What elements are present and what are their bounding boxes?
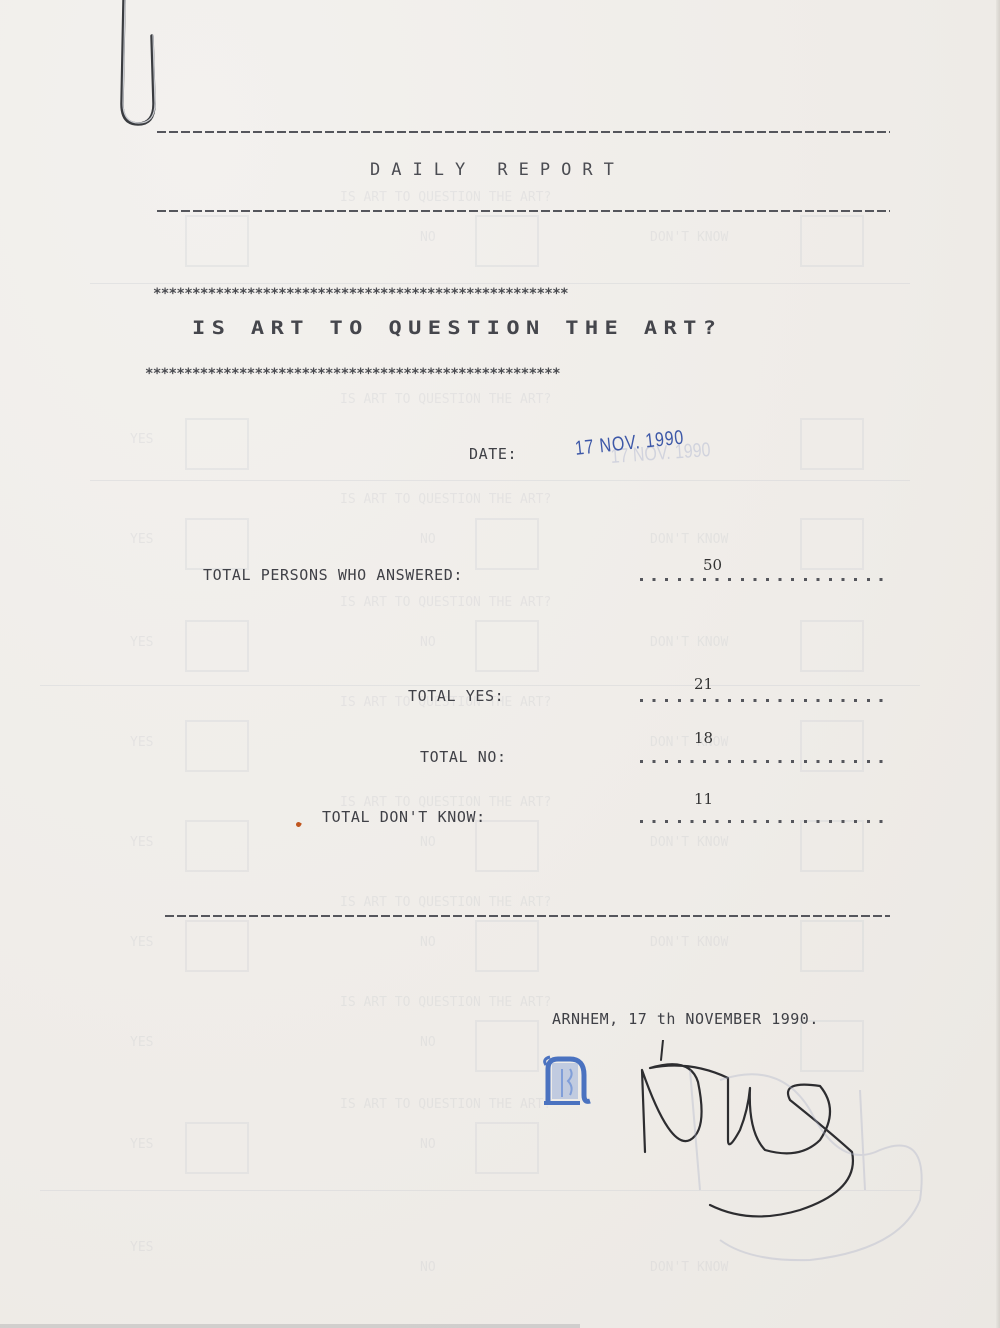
divider-under-title xyxy=(157,210,890,212)
ghost-text: IS ART TO QUESTION THE ART? xyxy=(340,1097,551,1112)
ghost-text: NO xyxy=(420,1035,436,1050)
ghost-text: NO xyxy=(420,1137,436,1152)
ghost-text: YES xyxy=(130,1035,153,1050)
ghost-text: IS ART TO QUESTION THE ART? xyxy=(340,595,551,610)
ghost-text: DON'T KNOW xyxy=(650,635,728,650)
row-label: TOTAL PERSONS WHO ANSWERED: xyxy=(203,566,463,584)
divider-bottom xyxy=(165,915,890,917)
paper-edge-bottom xyxy=(0,1324,580,1328)
ghost-text: DON'T KNOW xyxy=(650,532,728,547)
dotted-line xyxy=(640,578,890,581)
report-title: DAILY REPORT xyxy=(370,160,625,180)
ghost-text: YES xyxy=(130,935,153,950)
ghost-text: DON'T KNOW xyxy=(650,735,728,750)
ghost-text: YES xyxy=(130,1137,153,1152)
dotted-line xyxy=(640,760,890,763)
ghost-text: NO xyxy=(420,230,436,245)
ghost-text: YES xyxy=(130,532,153,547)
ghost-text: YES xyxy=(130,1240,153,1255)
divider-top xyxy=(157,131,890,133)
ghost-text: IS ART TO QUESTION THE ART? xyxy=(340,492,551,507)
row-label: TOTAL NO: xyxy=(420,748,507,766)
monogram-stamp-icon xyxy=(540,1055,592,1111)
row-label: TOTAL DON'T KNOW: xyxy=(322,808,486,826)
date-label: DATE: xyxy=(469,445,517,463)
ghost-text: IS ART TO QUESTION THE ART? xyxy=(340,392,551,407)
ghost-text: IS ART TO QUESTION THE ART? xyxy=(340,190,551,205)
ghost-text: DON'T KNOW xyxy=(650,935,728,950)
ghost-text: NO xyxy=(420,532,436,547)
stars-divider-bottom: ****************************************… xyxy=(145,366,560,382)
survey-question: IS ART TO QUESTION THE ART? xyxy=(192,318,722,339)
row-label: TOTAL YES: xyxy=(408,687,504,705)
ghost-text: YES xyxy=(130,735,153,750)
dotted-line xyxy=(640,820,890,823)
paperclip-icon xyxy=(112,0,158,130)
dotted-line xyxy=(640,699,890,702)
row-value: 18 xyxy=(694,729,713,747)
ghost-text: DON'T KNOW xyxy=(650,230,728,245)
ghost-text: YES xyxy=(130,635,153,650)
ghost-text: IS ART TO QUESTION THE ART? xyxy=(340,895,551,910)
row-value: 11 xyxy=(694,790,713,808)
ghost-signature xyxy=(660,1050,960,1270)
row-value: 21 xyxy=(694,675,713,693)
ghost-text: IS ART TO QUESTION THE ART? xyxy=(340,995,551,1010)
ghost-text: NO xyxy=(420,835,436,850)
paper-edge xyxy=(996,0,1000,1328)
ghost-text: YES xyxy=(130,432,153,447)
ghost-text: DON'T KNOW xyxy=(650,835,728,850)
ghost-text: NO xyxy=(420,1260,436,1275)
ghost-text: NO xyxy=(420,935,436,950)
row-value: 50 xyxy=(703,556,722,574)
place-and-date: ARNHEM, 17 th NOVEMBER 1990. xyxy=(552,1010,819,1028)
stars-divider-top: ****************************************… xyxy=(153,286,568,302)
ghost-text: NO xyxy=(420,635,436,650)
ghost-text: YES xyxy=(130,835,153,850)
